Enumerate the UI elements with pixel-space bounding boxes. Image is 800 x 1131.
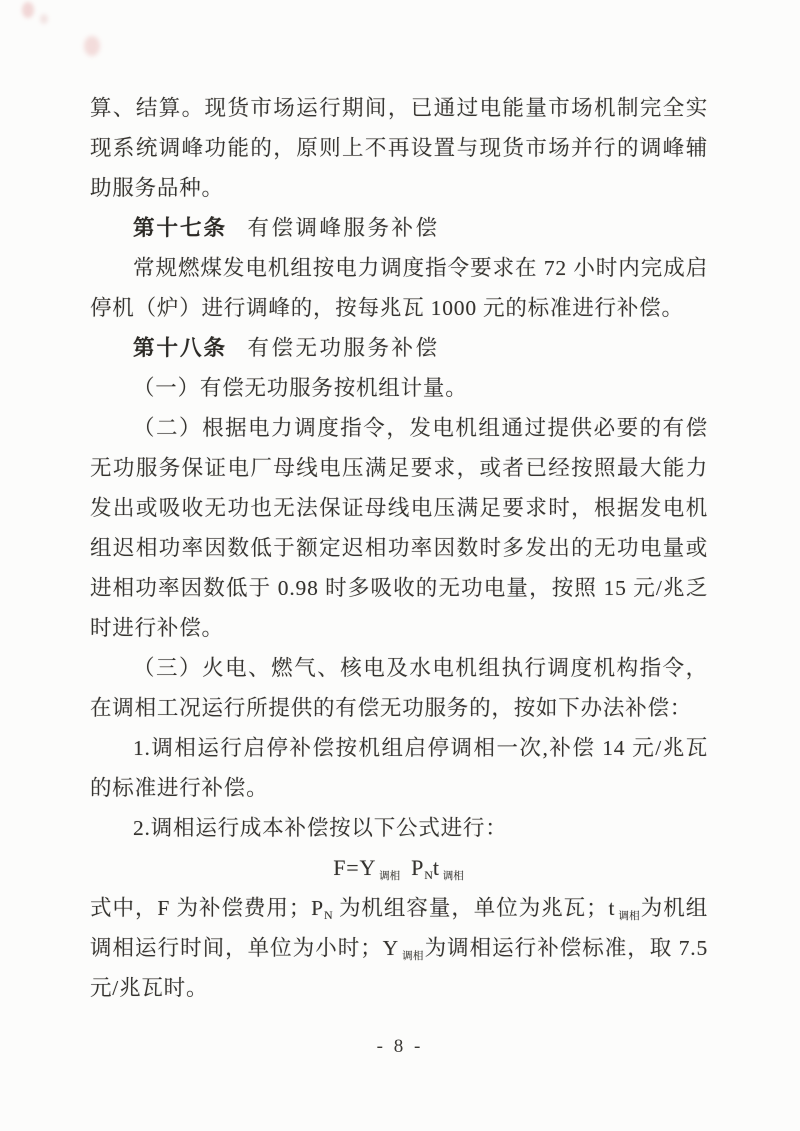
article-18-item-3-paragraph: （三）火电、燃气、核电及水电机组执行调度机构指令，在调相工况运行所提供的有偿无功… [90, 648, 708, 728]
explanation-subscript: 调相 [402, 951, 424, 962]
explanation-subscript: 调相 [618, 911, 640, 922]
article-18-item-3-sub-2-paragraph: 2.调相运行成本补偿按以下公式进行： [90, 808, 708, 848]
formula-p-term: P [411, 855, 424, 880]
formula-subscript: 调相 [443, 871, 464, 882]
article-17-heading: 第十七条有偿调峰服务补偿 [90, 208, 708, 248]
formula-t-term: t [433, 855, 440, 880]
article-18-title: 有偿无功服务补偿 [247, 336, 439, 360]
formula-subscript: N [424, 868, 433, 882]
article-17-body-paragraph: 常规燃煤发电机组按电力调度指令要求在 72 小时内完成启停机（炉）进行调峰的，按… [90, 248, 708, 328]
explanation-text: 为机组容量，单位为兆瓦；t [333, 896, 616, 920]
article-18-item-3-sub-1-paragraph: 1.调相运行启停补偿按机组启停调相一次,补偿 14 元/兆瓦的标准进行补偿。 [90, 728, 708, 808]
article-17-title: 有偿调峰服务补偿 [247, 216, 439, 240]
formula-lhs: F=Y [333, 855, 376, 880]
article-18-heading: 第十八条有偿无功服务补偿 [90, 328, 708, 368]
compensation-formula: F=Y调相PNt调相 [90, 848, 708, 888]
continuation-paragraph: 算、结算。现货市场运行期间，已通过电能量市场机制完全实现系统调峰功能的，原则上不… [90, 88, 708, 208]
explanation-subscript: N [324, 908, 333, 922]
scan-artifact [22, 2, 34, 18]
article-18-number: 第十八条 [133, 336, 227, 360]
scan-artifact [40, 14, 48, 24]
article-18-item-2-paragraph: （二）根据电力调度指令，发电机组通过提供必要的有偿无功服务保证电厂母线电压满足要… [90, 408, 708, 648]
explanation-text: 式中，F 为补偿费用；P [90, 896, 324, 920]
article-17-number: 第十七条 [133, 216, 227, 240]
formula-explanation-paragraph: 式中，F 为补偿费用；PN 为机组容量，单位为兆瓦；t调相为机组调相运行时间，单… [90, 888, 708, 1008]
page-number: - 8 - [0, 1036, 800, 1058]
document-content: 算、结算。现货市场运行期间，已通过电能量市场机制完全实现系统调峰功能的，原则上不… [90, 88, 708, 1008]
formula-subscript: 调相 [379, 871, 400, 882]
scan-artifact [84, 36, 100, 56]
document-page: 算、结算。现货市场运行期间，已通过电能量市场机制完全实现系统调峰功能的，原则上不… [0, 0, 800, 1131]
article-18-item-1-paragraph: （一）有偿无功服务按机组计量。 [90, 368, 708, 408]
